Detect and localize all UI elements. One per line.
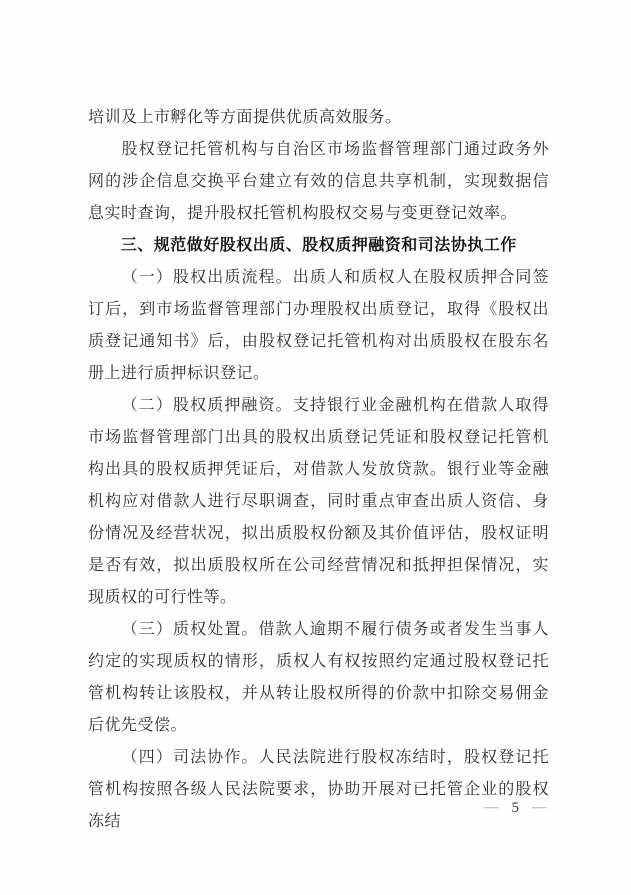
paragraph-info-sharing: 股权登记托管机构与自治区市场监督管理部门通过政务外网的涉企信息交换平台建立有效的… xyxy=(88,134,549,230)
document-body: 培训及上市孵化等方面提供优质高效服务。 股权登记托管机构与自治区市场监督管理部门… xyxy=(88,102,549,838)
paragraph-item-4: （四）司法协作。人民法院进行股权冻结时，股权登记托管机构按照各级人民法院要求，协… xyxy=(88,742,549,838)
paragraph-item-1: （一）股权出质流程。出质人和质权人在股权质押合同签订后，到市场监督管理部门办理股… xyxy=(88,262,549,390)
page-number: — 5 — xyxy=(485,798,547,818)
paragraph-item-2: （二）股权质押融资。支持银行业金融机构在借款人取得市场监督管理部门出具的股权出质… xyxy=(88,390,549,614)
paragraph-continuation: 培训及上市孵化等方面提供优质高效服务。 xyxy=(88,102,549,134)
page-number-dash-right: — xyxy=(532,798,546,818)
section-heading: 三、规范做好股权出质、股权质押融资和司法协执工作 xyxy=(88,230,549,262)
page-number-dash-left: — xyxy=(485,798,499,818)
document-page: 培训及上市孵化等方面提供优质高效服务。 股权登记托管机构与自治区市场监督管理部门… xyxy=(0,0,631,895)
page-number-value: 5 xyxy=(512,798,520,818)
paragraph-item-3: （三）质权处置。借款人逾期不履行债务或者发生当事人约定的实现质权的情形，质权人有… xyxy=(88,614,549,742)
